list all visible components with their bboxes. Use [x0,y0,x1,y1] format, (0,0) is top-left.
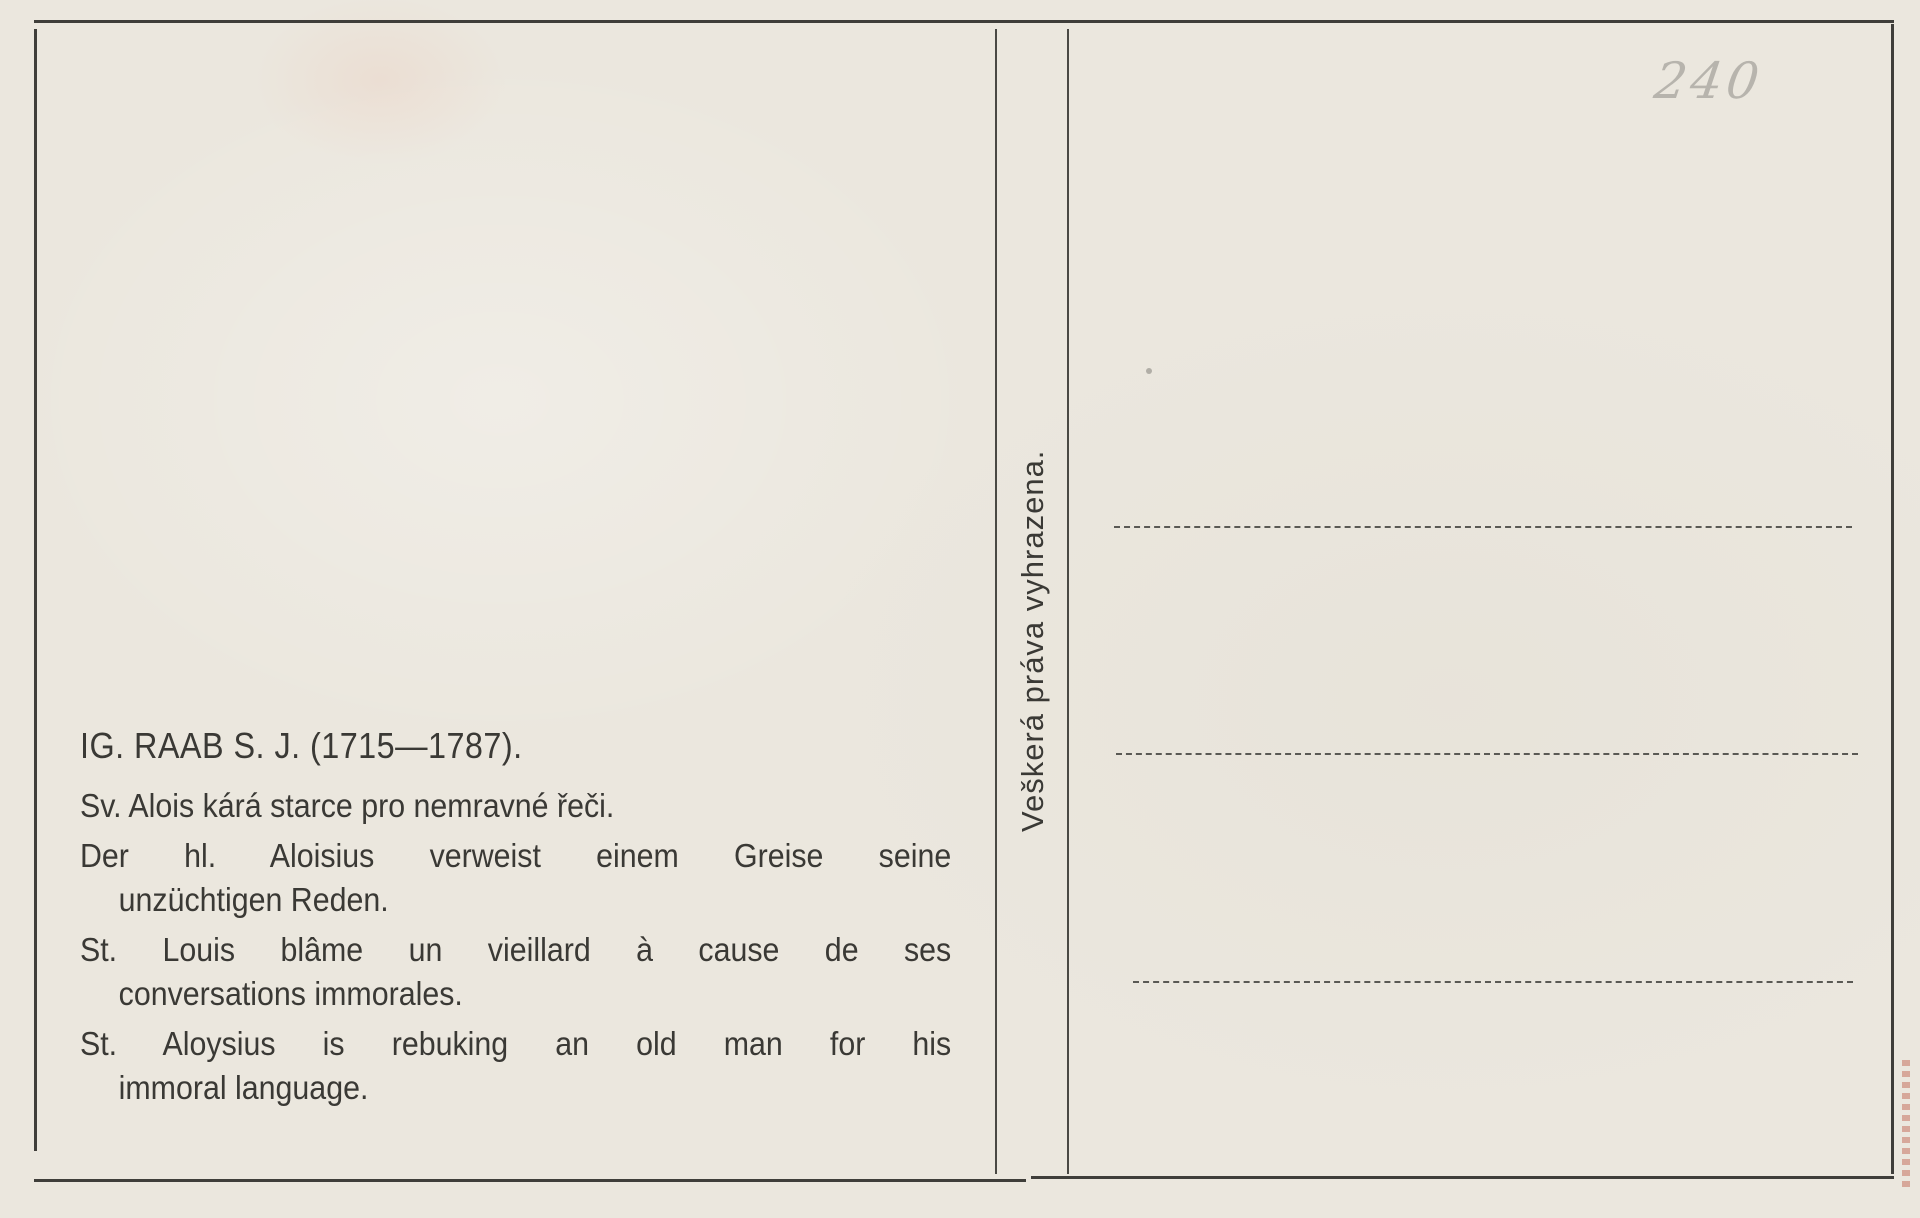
border-bottom-left [34,1179,1026,1182]
paper-speck [1146,368,1152,374]
caption-paragraph-german: Der hl. Aloisius verweist einem Greise s… [80,834,951,922]
border-left [34,29,37,1151]
border-top [34,20,1894,23]
caption-paragraph-english: St. Aloysius is rebuking an old man for … [80,1022,951,1110]
center-divider-right [1067,29,1069,1174]
caption-line-continuation: unzüchtigen Reden. [80,878,951,922]
center-divider-left [995,29,997,1174]
caption-line: St. Louis blâme un vieillard à cause de … [80,928,951,972]
edge-stain [1902,1060,1910,1190]
caption-paragraph-french: St. Louis blâme un vieillard à cause de … [80,928,951,1016]
address-line-1 [1114,526,1852,528]
caption-paragraph-czech: Sv. Alois kárá starce pro nemravné řeči. [80,784,951,828]
caption-line: St. Aloysius is rebuking an old man for … [80,1022,951,1066]
address-line-3 [1133,981,1853,983]
address-line-2 [1116,753,1858,755]
border-right [1891,24,1894,1174]
caption-line-continuation: conversations immorales. [80,972,951,1016]
caption-title: IG. RAAB S. J. (1715—1787). [80,722,864,770]
caption-line-continuation: immoral language. [80,1066,951,1110]
pencil-note: 240 [1651,52,1767,110]
caption-line: Der hl. Aloisius verweist einem Greise s… [80,834,951,878]
border-bottom-right [1031,1176,1894,1179]
caption-line: Sv. Alois kárá starce pro nemravné řeči. [80,784,951,828]
copyright-notice: Veškerá práva vyhrazena. [1010,312,1056,832]
artwork-caption: IG. RAAB S. J. (1715—1787). Sv. Alois ká… [80,722,951,1116]
